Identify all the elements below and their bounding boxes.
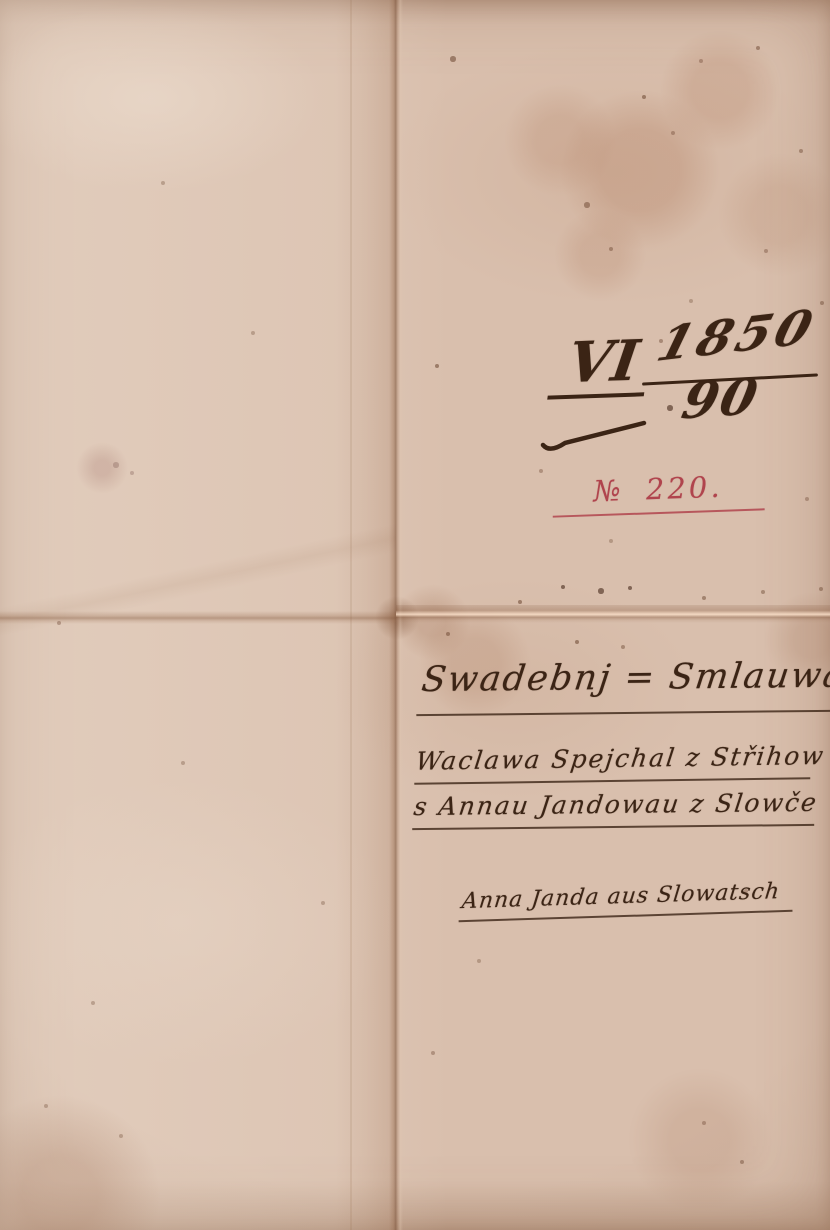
paper-texture — [0, 0, 830, 1230]
groom-text: Waclawa Spejchal z Střihow — [414, 741, 827, 776]
archival-fraction: 1850 90 — [642, 312, 822, 424]
flourish-stroke — [538, 416, 654, 452]
vertical-fold-faint-line — [350, 0, 352, 1230]
horizontal-fold-right — [396, 605, 830, 623]
vertical-fold-shadow — [336, 0, 396, 1230]
document-scan: VI 1850 90 № 220. Swadebnj = Smlauwa Wac… — [0, 0, 830, 1230]
record-number: № 220. — [551, 468, 764, 517]
vertical-fold-line — [389, 0, 403, 1230]
bride-line: s Annau Jandowau z Slowče — [412, 784, 814, 830]
groom-line: Waclawa Spejchal z Střihow — [414, 737, 811, 785]
fraction-numerator: 1850 — [652, 303, 821, 369]
title-text: Swadebnj = Smlauwa — [419, 656, 830, 700]
title-line: Swadebnj = Smlauwa — [416, 648, 830, 716]
archival-mark: VI — [552, 334, 648, 398]
foxing-speckles — [0, 0, 2, 2]
note-text: Anna Janda aus Slowatsch — [461, 879, 782, 914]
paper-crease — [0, 500, 396, 660]
volume-numeral: VI — [547, 332, 652, 399]
bride-text: s Annau Jandowau z Slowče — [412, 788, 820, 821]
note-line: Anna Janda aus Slowatsch — [458, 875, 793, 922]
horizontal-fold-left — [0, 611, 396, 624]
fraction-denominator: 90 — [678, 371, 764, 426]
